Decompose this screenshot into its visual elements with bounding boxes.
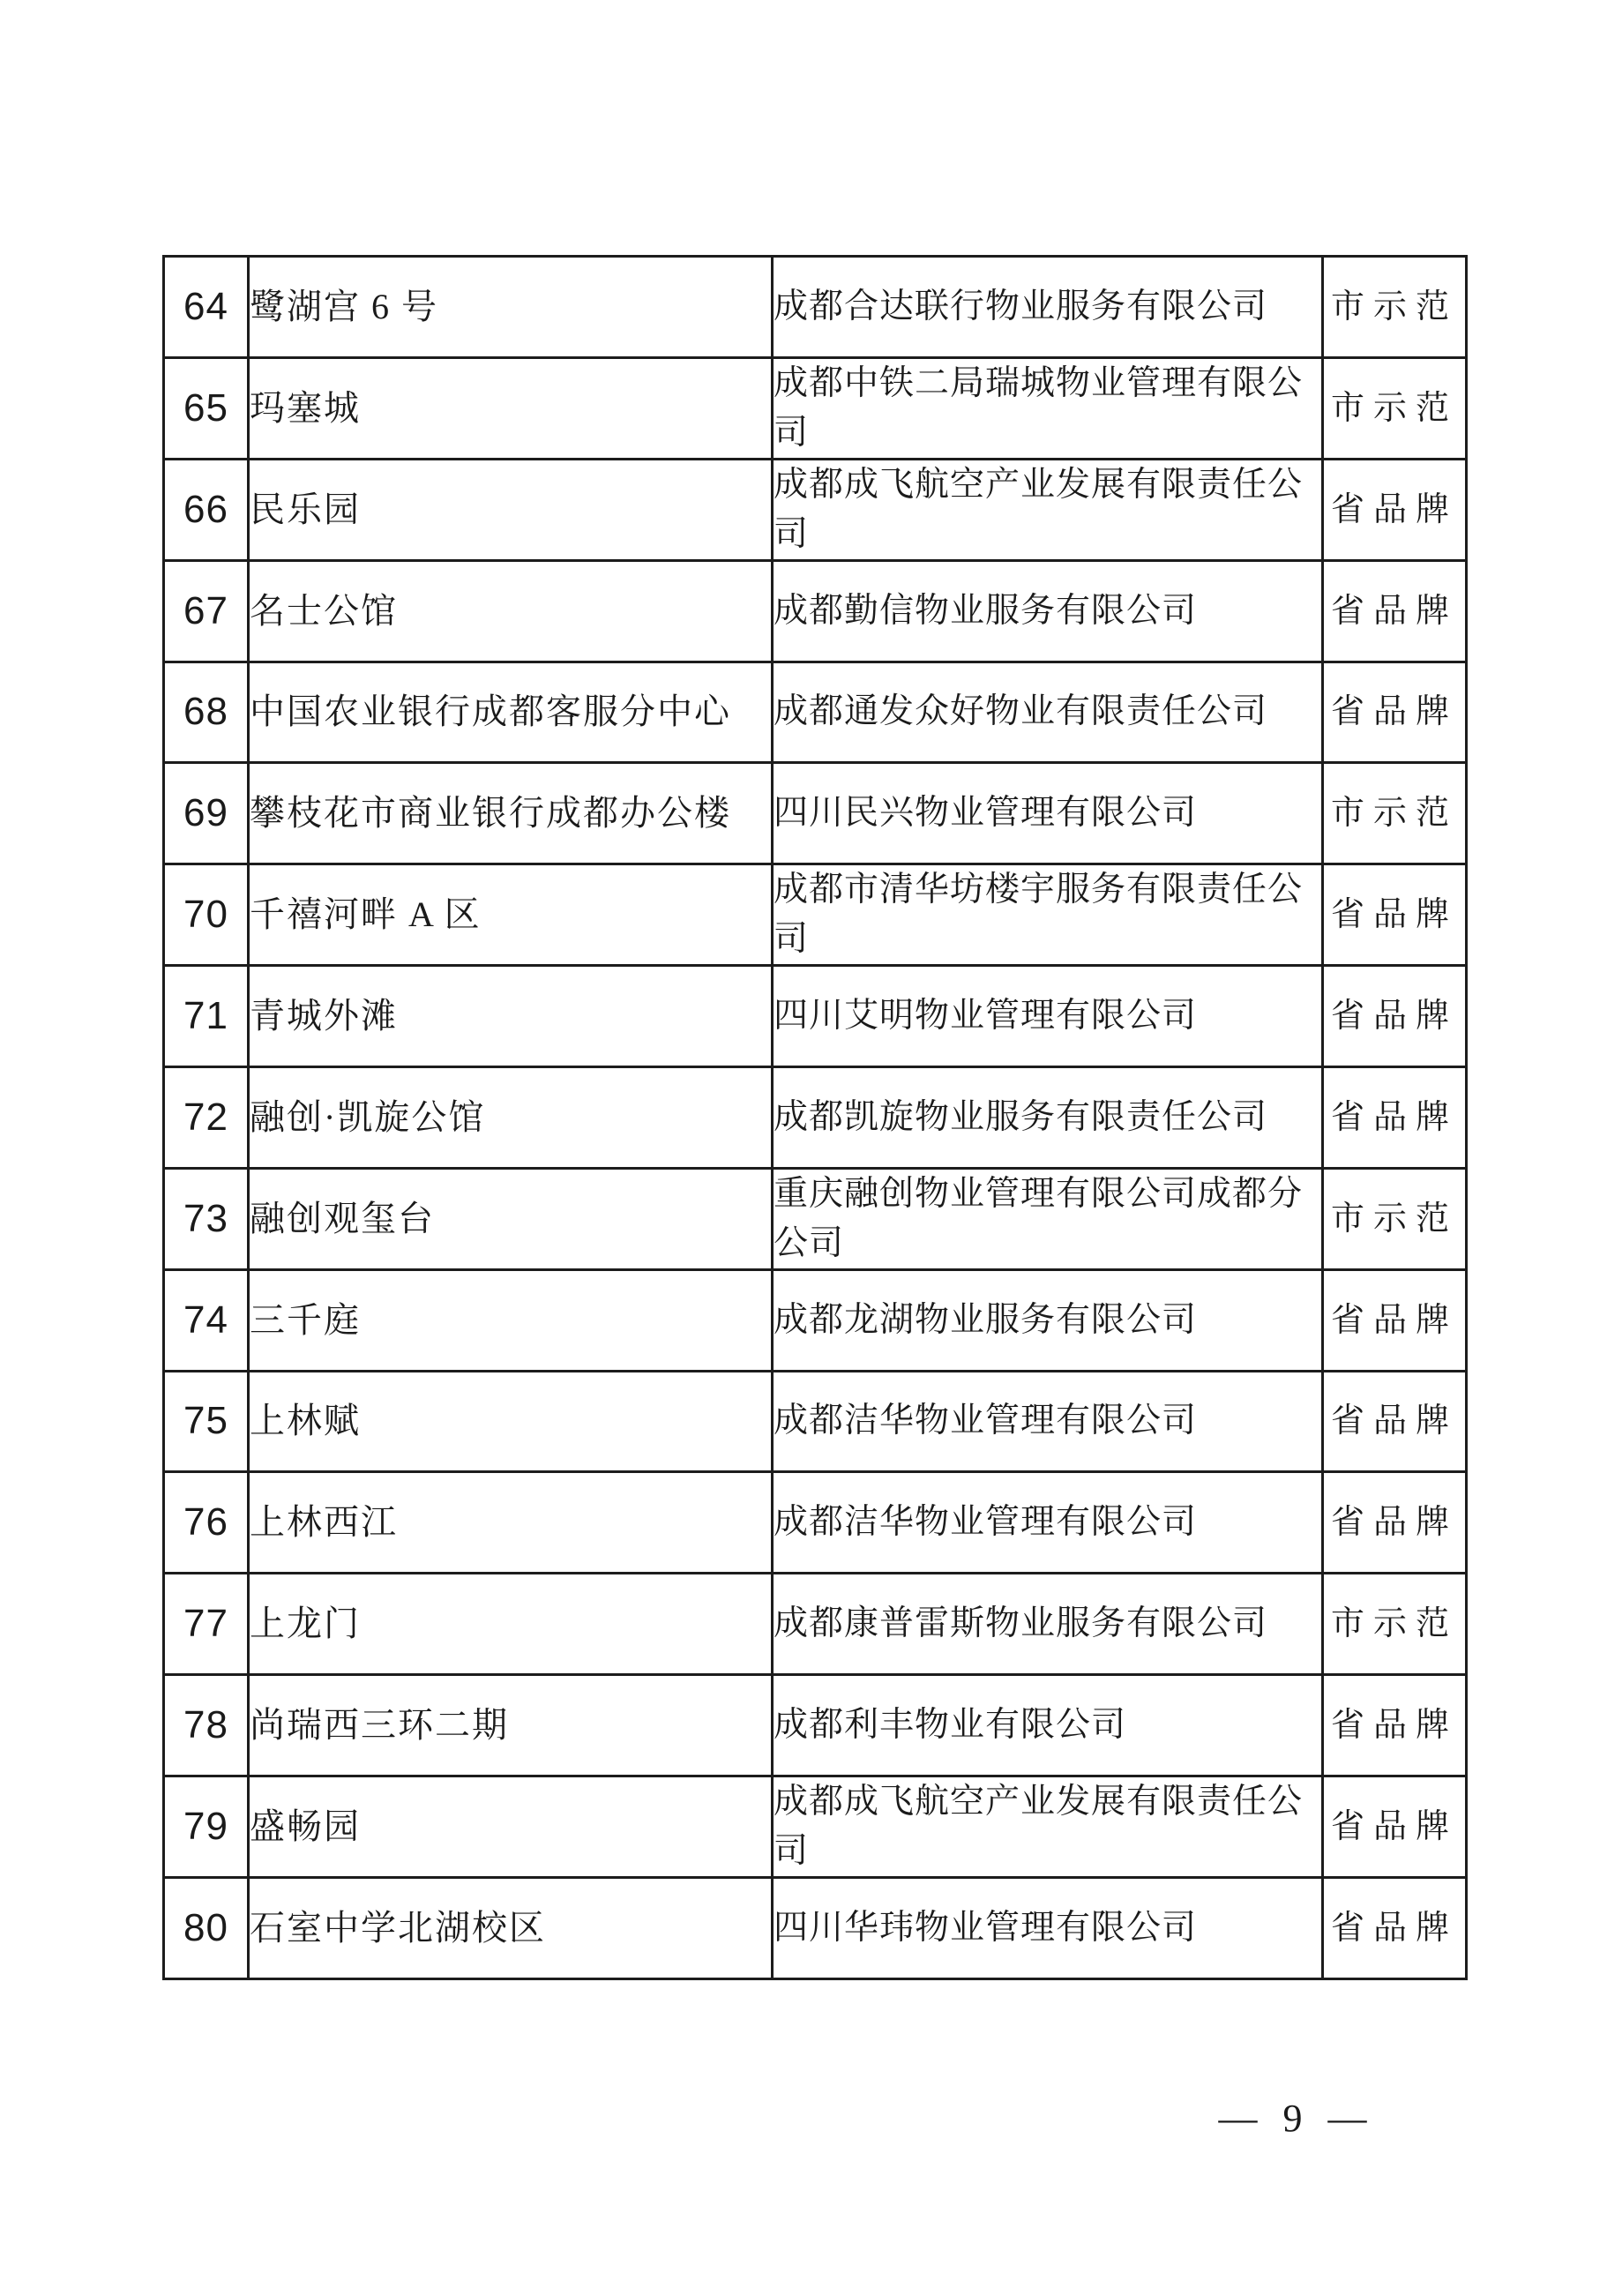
row-number: 79 — [164, 1776, 249, 1877]
grade-label: 省品牌 — [1323, 1674, 1467, 1776]
property-name: 民乐园 — [249, 459, 773, 560]
company-name: 成都合达联行物业服务有限公司 — [773, 257, 1323, 358]
company-name: 成都龙湖物业服务有限公司 — [773, 1269, 1323, 1371]
grade-label: 省品牌 — [1323, 1371, 1467, 1472]
row-number: 78 — [164, 1674, 249, 1776]
table-row: 68 中国农业银行成都客服分中心 成都通发众好物业有限责任公司 省品牌 — [164, 662, 1467, 763]
company-name: 成都利丰物业有限公司 — [773, 1674, 1323, 1776]
company-name: 成都中铁二局瑞城物业管理有限公司 — [773, 357, 1323, 459]
property-name: 尚瑞西三环二期 — [249, 1674, 773, 1776]
property-name: 上龙门 — [249, 1574, 773, 1675]
grade-label: 市示范 — [1323, 357, 1467, 459]
grade-label: 省品牌 — [1323, 662, 1467, 763]
table-row: 64 鹭湖宫 6 号 成都合达联行物业服务有限公司 市示范 — [164, 257, 1467, 358]
company-name: 成都凯旋物业服务有限责任公司 — [773, 1066, 1323, 1168]
property-name: 融创·凯旋公馆 — [249, 1066, 773, 1168]
table-row: 80 石室中学北湖校区 四川华玮物业管理有限公司 省品牌 — [164, 1877, 1467, 1978]
grade-label: 省品牌 — [1323, 966, 1467, 1067]
page-number: — 9 — — [1217, 2096, 1376, 2141]
property-name: 名士公馆 — [249, 560, 773, 662]
table-row: 77 上龙门 成都康普雷斯物业服务有限公司 市示范 — [164, 1574, 1467, 1675]
grade-label: 市示范 — [1323, 763, 1467, 864]
grade-label: 省品牌 — [1323, 1877, 1467, 1978]
row-number: 67 — [164, 560, 249, 662]
company-name: 四川华玮物业管理有限公司 — [773, 1877, 1323, 1978]
company-name: 成都洁华物业管理有限公司 — [773, 1371, 1323, 1472]
table-row: 74 三千庭 成都龙湖物业服务有限公司 省品牌 — [164, 1269, 1467, 1371]
grade-label: 省品牌 — [1323, 459, 1467, 560]
property-name: 千禧河畔 A 区 — [249, 864, 773, 966]
row-number: 76 — [164, 1472, 249, 1574]
row-number: 70 — [164, 864, 249, 966]
property-name: 青城外滩 — [249, 966, 773, 1067]
grade-label: 省品牌 — [1323, 560, 1467, 662]
company-name: 成都康普雷斯物业服务有限公司 — [773, 1574, 1323, 1675]
property-name: 玛塞城 — [249, 357, 773, 459]
property-name: 石室中学北湖校区 — [249, 1877, 773, 1978]
grade-label: 省品牌 — [1323, 1066, 1467, 1168]
table-row: 78 尚瑞西三环二期 成都利丰物业有限公司 省品牌 — [164, 1674, 1467, 1776]
property-name: 鹭湖宫 6 号 — [249, 257, 773, 358]
row-number: 72 — [164, 1066, 249, 1168]
row-number: 68 — [164, 662, 249, 763]
grade-label: 市示范 — [1323, 1168, 1467, 1269]
row-number: 74 — [164, 1269, 249, 1371]
row-number: 77 — [164, 1574, 249, 1675]
company-name: 成都市清华坊楼宇服务有限责任公司 — [773, 864, 1323, 966]
table-row: 70 千禧河畔 A 区 成都市清华坊楼宇服务有限责任公司 省品牌 — [164, 864, 1467, 966]
table-row: 72 融创·凯旋公馆 成都凯旋物业服务有限责任公司 省品牌 — [164, 1066, 1467, 1168]
row-number: 80 — [164, 1877, 249, 1978]
company-name: 四川民兴物业管理有限公司 — [773, 763, 1323, 864]
document-page: 64 鹭湖宫 6 号 成都合达联行物业服务有限公司 市示范 65 玛塞城 成都中… — [0, 0, 1622, 2296]
row-number: 66 — [164, 459, 249, 560]
grade-label: 省品牌 — [1323, 1472, 1467, 1574]
property-name: 上林西江 — [249, 1472, 773, 1574]
row-number: 73 — [164, 1168, 249, 1269]
table-row: 71 青城外滩 四川艾明物业管理有限公司 省品牌 — [164, 966, 1467, 1067]
row-number: 65 — [164, 357, 249, 459]
company-name: 四川艾明物业管理有限公司 — [773, 966, 1323, 1067]
company-name: 成都成飞航空产业发展有限责任公司 — [773, 459, 1323, 560]
table-row: 69 攀枝花市商业银行成都办公楼 四川民兴物业管理有限公司 市示范 — [164, 763, 1467, 864]
table-row: 66 民乐园 成都成飞航空产业发展有限责任公司 省品牌 — [164, 459, 1467, 560]
company-name: 成都勤信物业服务有限公司 — [773, 560, 1323, 662]
company-name: 重庆融创物业管理有限公司成都分公司 — [773, 1168, 1323, 1269]
company-name: 成都成飞航空产业发展有限责任公司 — [773, 1776, 1323, 1877]
property-name: 中国农业银行成都客服分中心 — [249, 662, 773, 763]
table-row: 65 玛塞城 成都中铁二局瑞城物业管理有限公司 市示范 — [164, 357, 1467, 459]
property-name: 融创观玺台 — [249, 1168, 773, 1269]
table-row: 75 上林赋 成都洁华物业管理有限公司 省品牌 — [164, 1371, 1467, 1472]
table-row: 67 名士公馆 成都勤信物业服务有限公司 省品牌 — [164, 560, 1467, 662]
grade-label: 市示范 — [1323, 257, 1467, 358]
grade-label: 省品牌 — [1323, 864, 1467, 966]
property-name: 三千庭 — [249, 1269, 773, 1371]
company-name: 成都洁华物业管理有限公司 — [773, 1472, 1323, 1574]
row-number: 69 — [164, 763, 249, 864]
grade-label: 省品牌 — [1323, 1776, 1467, 1877]
row-number: 64 — [164, 257, 249, 358]
property-name: 攀枝花市商业银行成都办公楼 — [249, 763, 773, 864]
table-row: 73 融创观玺台 重庆融创物业管理有限公司成都分公司 市示范 — [164, 1168, 1467, 1269]
row-number: 75 — [164, 1371, 249, 1472]
grade-label: 省品牌 — [1323, 1269, 1467, 1371]
property-name: 盛畅园 — [249, 1776, 773, 1877]
property-name: 上林赋 — [249, 1371, 773, 1472]
grade-label: 市示范 — [1323, 1574, 1467, 1675]
property-table: 64 鹭湖宫 6 号 成都合达联行物业服务有限公司 市示范 65 玛塞城 成都中… — [162, 255, 1468, 1980]
table-row: 76 上林西江 成都洁华物业管理有限公司 省品牌 — [164, 1472, 1467, 1574]
table-row: 79 盛畅园 成都成飞航空产业发展有限责任公司 省品牌 — [164, 1776, 1467, 1877]
row-number: 71 — [164, 966, 249, 1067]
company-name: 成都通发众好物业有限责任公司 — [773, 662, 1323, 763]
